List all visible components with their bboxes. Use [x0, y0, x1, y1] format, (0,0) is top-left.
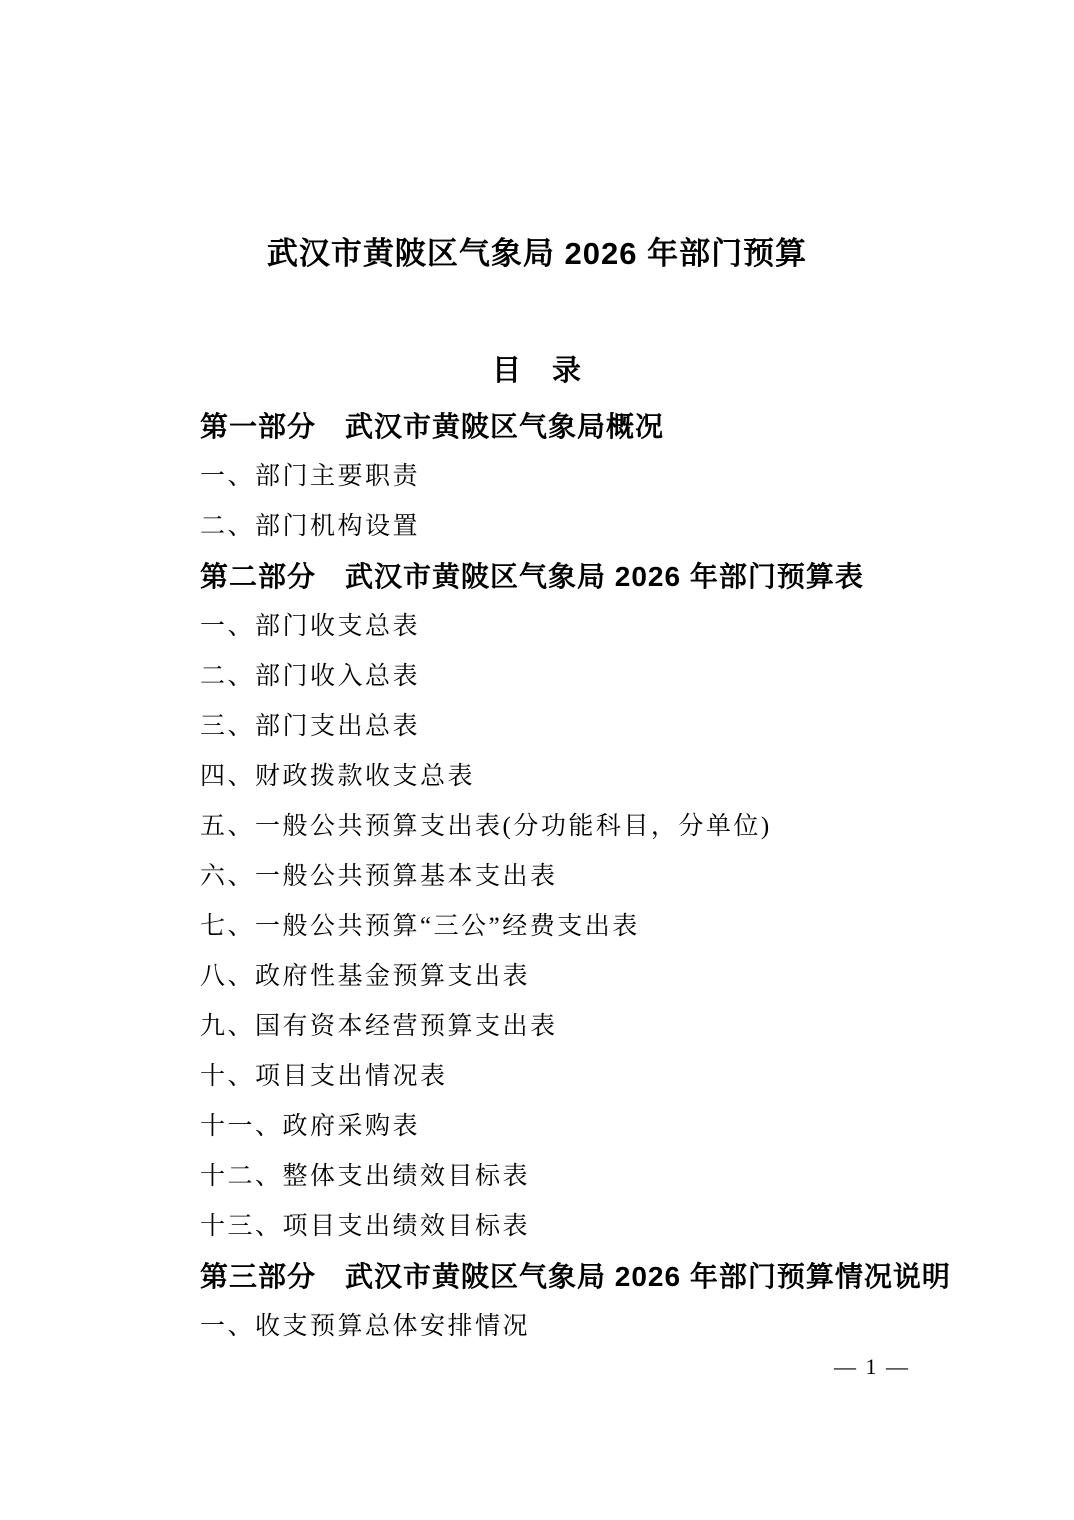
table-of-contents: 第一部分 武汉市黄陂区气象局概况 一、部门主要职责 二、部门机构设置 第二部分 … — [200, 402, 974, 1352]
toc-item: 十、项目支出情况表 — [200, 1052, 974, 1102]
toc-item: 三、部门支出总表 — [200, 702, 974, 752]
toc-section-part-1: 第一部分 武汉市黄陂区气象局概况 — [200, 402, 974, 452]
toc-item: 五、一般公共预算支出表(分功能科目，分单位) — [200, 802, 974, 852]
toc-section-part-2: 第二部分 武汉市黄陂区气象局 2026 年部门预算表 — [200, 552, 974, 602]
toc-item: 十二、整体支出绩效目标表 — [200, 1152, 974, 1202]
toc-item: 九、国有资本经营预算支出表 — [200, 1002, 974, 1052]
toc-item: 二、部门机构设置 — [200, 502, 974, 552]
toc-item: 七、一般公共预算“三公”经费支出表 — [200, 902, 974, 952]
toc-item: 二、部门收入总表 — [200, 652, 974, 702]
toc-item: 十三、项目支出绩效目标表 — [200, 1202, 974, 1252]
toc-item: 六、一般公共预算基本支出表 — [200, 852, 974, 902]
toc-item: 一、收支预算总体安排情况 — [200, 1302, 974, 1352]
document-page: 武汉市黄陂区气象局 2026 年部门预算 目 录 第一部分 武汉市黄陂区气象局概… — [0, 0, 1074, 1520]
toc-item: 十一、政府采购表 — [200, 1102, 974, 1152]
toc-section-part-3: 第三部分 武汉市黄陂区气象局 2026 年部门预算情况说明 — [200, 1252, 974, 1302]
toc-item: 一、部门收支总表 — [200, 602, 974, 652]
page-number: — 1 — — [834, 1352, 910, 1382]
document-title: 武汉市黄陂区气象局 2026 年部门预算 — [0, 234, 1074, 274]
toc-item: 四、财政拨款收支总表 — [200, 752, 974, 802]
toc-item: 八、政府性基金预算支出表 — [200, 952, 974, 1002]
toc-heading: 目 录 — [0, 352, 1074, 390]
toc-item: 一、部门主要职责 — [200, 452, 974, 502]
